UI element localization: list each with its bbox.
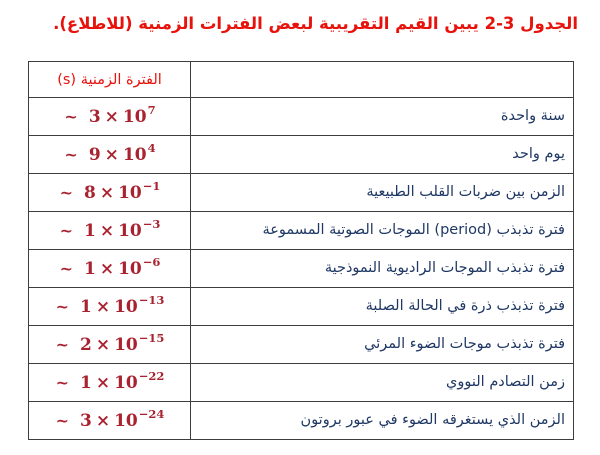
interval-description-cell: يوم واحد: [191, 136, 574, 174]
exponent: −22: [139, 369, 165, 383]
coefficient: 9: [89, 145, 101, 165]
time-value-cell: ~1×10−3: [29, 212, 191, 250]
interval-description-cell: فترة تذبذب (period) الموجات الصوتية المس…: [191, 212, 574, 250]
table-caption: الجدول 3-2 يبين القيم التقريبية لبعض الف…: [20, 14, 578, 33]
approx-tilde: ~: [60, 183, 73, 202]
interval-description-cell: الزمن بين ضربات القلب الطبيعية: [191, 174, 574, 212]
interval-description-cell: الزمن الذي يستغرقه الضوء في عبور بروتون: [191, 402, 574, 440]
power-of-ten: 10−6: [118, 259, 159, 279]
time-value-cell: ~1×10−22: [29, 364, 191, 402]
table-row: ~1×10−6فترة تذبذب الموجات الراديوية النم…: [29, 250, 574, 288]
interval-description-cell: سنة واحدة: [191, 98, 574, 136]
time-value-cell: ~2×10−15: [29, 326, 191, 364]
multiplication-sign: ×: [100, 183, 114, 203]
multiplication-sign: ×: [96, 335, 110, 355]
approx-tilde: ~: [56, 411, 69, 430]
power-of-ten: 104: [123, 145, 155, 165]
power-of-ten: 107: [123, 107, 155, 127]
exponent: −24: [139, 407, 165, 421]
header-time-interval-seconds: الفترة الزمنية (s): [29, 62, 191, 98]
table-row: ~1×10−3فترة تذبذب (period) الموجات الصوت…: [29, 212, 574, 250]
coefficient: 8: [84, 183, 96, 203]
interval-description-cell: فترة تذبذب الموجات الراديوية النموذجية: [191, 250, 574, 288]
coefficient: 3: [80, 411, 92, 431]
approx-tilde: ~: [60, 221, 73, 240]
coefficient: 2: [80, 335, 92, 355]
coefficient: 1: [80, 297, 92, 317]
table-row: ~9×104يوم واحد: [29, 136, 574, 174]
coefficient: 1: [84, 221, 96, 241]
exponent: −13: [139, 293, 165, 307]
multiplication-sign: ×: [100, 259, 114, 279]
multiplication-sign: ×: [100, 221, 114, 241]
multiplication-sign: ×: [96, 297, 110, 317]
interval-description-cell: فترة تذبذب موجات الضوء المرئي: [191, 326, 574, 364]
header-description-empty: [191, 62, 574, 98]
approx-tilde: ~: [64, 107, 77, 126]
time-value-cell: ~1×10−13: [29, 288, 191, 326]
approx-tilde: ~: [56, 297, 69, 316]
approx-tilde: ~: [56, 373, 69, 392]
table-body: ~3×107سنة واحدة~9×104يوم واحد~8×10−1الزم…: [29, 98, 574, 440]
time-value-cell: ~1×10−6: [29, 250, 191, 288]
table-row: ~3×10−24الزمن الذي يستغرقه الضوء في عبور…: [29, 402, 574, 440]
interval-description-cell: زمن التصادم النووي: [191, 364, 574, 402]
multiplication-sign: ×: [105, 107, 119, 127]
approx-tilde: ~: [64, 145, 77, 164]
time-value-cell: ~3×107: [29, 98, 191, 136]
table-row: ~2×10−15فترة تذبذب موجات الضوء المرئي: [29, 326, 574, 364]
exponent: −6: [143, 255, 161, 269]
power-of-ten: 10−24: [114, 411, 163, 431]
table-row: ~1×10−13فترة تذبذب ذرة في الحالة الصلبة: [29, 288, 574, 326]
interval-description-cell: فترة تذبذب ذرة في الحالة الصلبة: [191, 288, 574, 326]
table-row: ~1×10−22زمن التصادم النووي: [29, 364, 574, 402]
exponent: 4: [148, 141, 156, 155]
power-of-ten: 10−15: [114, 335, 163, 355]
document-page: الجدول 3-2 يبين القيم التقريبية لبعض الف…: [0, 0, 600, 455]
exponent: 7: [148, 103, 156, 117]
power-of-ten: 10−1: [118, 183, 159, 203]
multiplication-sign: ×: [96, 411, 110, 431]
exponent: −1: [143, 179, 161, 193]
table-row: ~8×10−1الزمن بين ضربات القلب الطبيعية: [29, 174, 574, 212]
time-value-cell: ~8×10−1: [29, 174, 191, 212]
power-of-ten: 10−13: [114, 297, 163, 317]
exponent: −15: [139, 331, 165, 345]
coefficient: 1: [84, 259, 96, 279]
power-of-ten: 10−3: [118, 221, 159, 241]
time-intervals-table: الفترة الزمنية (s) ~3×107سنة واحدة~9×104…: [28, 61, 574, 440]
approx-tilde: ~: [56, 335, 69, 354]
power-of-ten: 10−22: [114, 373, 163, 393]
approx-tilde: ~: [60, 259, 73, 278]
table-header-row: الفترة الزمنية (s): [29, 62, 574, 98]
time-value-cell: ~9×104: [29, 136, 191, 174]
coefficient: 3: [89, 107, 101, 127]
table-row: ~3×107سنة واحدة: [29, 98, 574, 136]
multiplication-sign: ×: [96, 373, 110, 393]
exponent: −3: [143, 217, 161, 231]
multiplication-sign: ×: [105, 145, 119, 165]
coefficient: 1: [80, 373, 92, 393]
time-value-cell: ~3×10−24: [29, 402, 191, 440]
